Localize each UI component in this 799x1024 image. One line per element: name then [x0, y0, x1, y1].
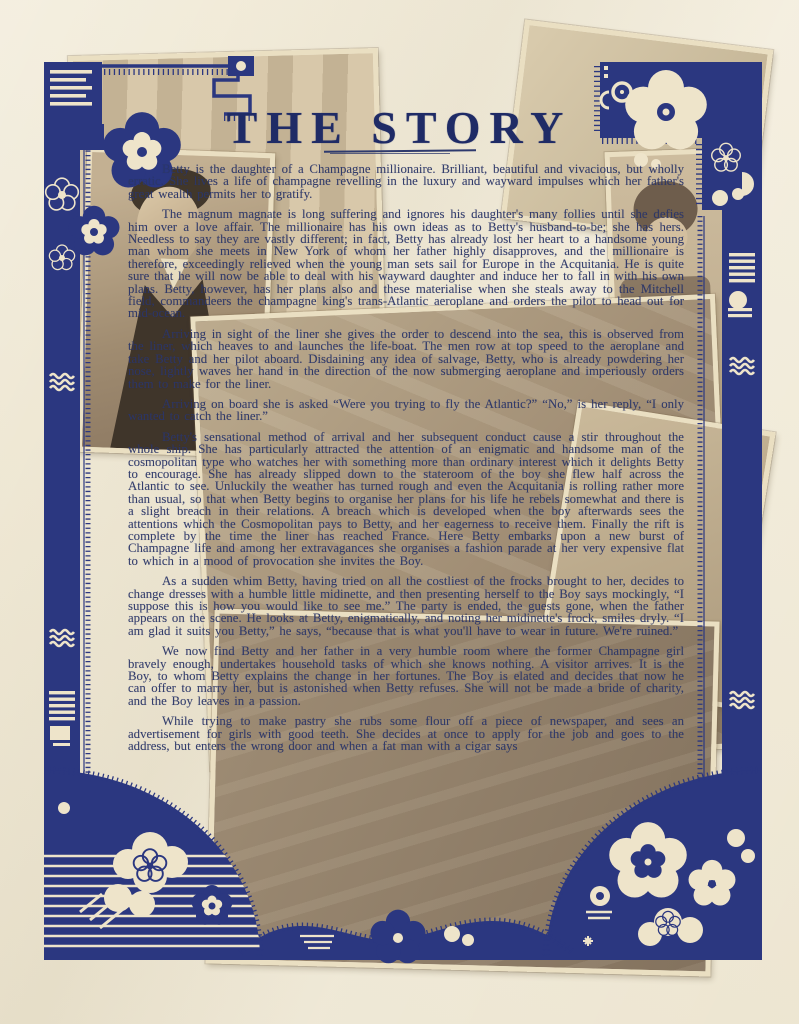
story-paragraph-5: Betty's sensational method of arrival an… [128, 431, 684, 567]
story-paragraph-6: As a sudden whim Betty, having tried on … [128, 575, 684, 637]
story-text: Betty is the daughter of a Champagne mil… [128, 163, 684, 760]
story-paragraph-4: Arriving on board she is asked “Were you… [128, 398, 684, 423]
story-paragraph-2: The magnum magnate is long suffering and… [128, 208, 684, 320]
pressbook-story-page: THE STORY Betty is the daughter of a Cha… [0, 0, 799, 1024]
story-paragraph-7: We now find Betty and her father in a ve… [128, 645, 684, 707]
page-title: THE STORY [0, 101, 799, 154]
story-paragraph-1: Betty is the daughter of a Champagne mil… [128, 163, 684, 200]
story-paragraph-8: While trying to make pastry she rubs som… [128, 715, 684, 752]
title-divider [324, 150, 476, 154]
story-paragraph-3: Arriving in sight of the liner she gives… [128, 328, 684, 390]
